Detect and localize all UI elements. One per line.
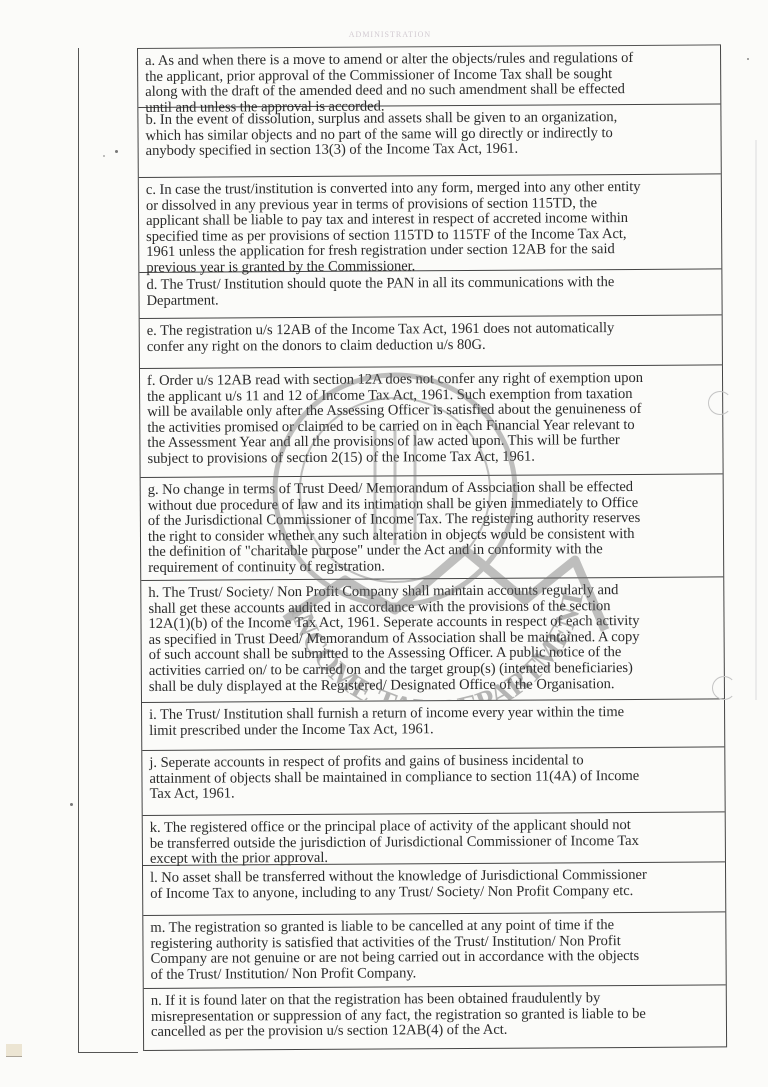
clause-text-line: of the Trust/ Institution/ Non Profit Co… (151, 964, 720, 983)
clause-row: i. The Trust/ Institution shall furnish … (142, 699, 724, 751)
clause-text-line: confer any right on the donors to claim … (147, 336, 716, 355)
clause-row: j. Seperate accounts in respect of profi… (142, 747, 724, 816)
scan-speck (70, 803, 73, 806)
conditions-table: a. As and when there is a move to amend … (137, 44, 727, 1051)
outer-column-bottom-rule (78, 1052, 138, 1053)
clause-row: c. In case the trust/institution is conv… (139, 174, 722, 273)
clause-text-line: Tax Act, 1961. (150, 784, 719, 803)
scan-speck (747, 58, 749, 60)
clause-row: h. The Trust/ Society/ Non Profit Compan… (141, 577, 724, 703)
clause-row: n. If it is found later on that the regi… (144, 985, 726, 1051)
clause-text-line: requirement of continuity of registratio… (148, 557, 717, 576)
clause-row: a. As and when there is a move to amend … (138, 45, 720, 108)
clause-row: m. The registration so granted is liable… (143, 912, 725, 989)
outer-column-rule (78, 48, 79, 1053)
clause-text-line: shall be duly displayed at the Registere… (149, 676, 718, 695)
clause-row: k. The registered office or the principa… (143, 812, 725, 866)
scan-speck (115, 150, 118, 153)
scan-corner-mark (6, 1044, 22, 1057)
clause-text-line: limit prescribed under the Income Tax Ac… (149, 720, 718, 739)
clause-text-line: cancelled as per the provision u/s secti… (151, 1022, 720, 1041)
clause-row: g. No change in terms of Trust Deed/ Mem… (141, 474, 724, 581)
clause-row: l. No asset shall be transferred without… (143, 862, 725, 916)
clause-row: b. In the event of dissolution, surplus … (138, 104, 720, 178)
clause-row: d. The Trust/ Institution should quote t… (139, 269, 721, 319)
clause-text-line: subject to provisions of section 2(15) o… (147, 448, 716, 467)
faint-letterhead-text: ADMINISTRATION (345, 30, 435, 40)
scan-speck (103, 155, 105, 157)
clause-row: f. Order u/s 12AB read with section 12A … (140, 365, 723, 478)
punch-hole-mark (708, 391, 732, 415)
clause-text-line: of Income Tax to anyone, including to an… (150, 883, 719, 902)
clause-text-line: anybody specified in section 13(3) of th… (146, 141, 715, 160)
clause-row: e. The registration u/s 12AB of the Inco… (140, 315, 722, 369)
punch-hole-mark (712, 676, 736, 700)
scan-edge-shadow (755, 140, 757, 700)
